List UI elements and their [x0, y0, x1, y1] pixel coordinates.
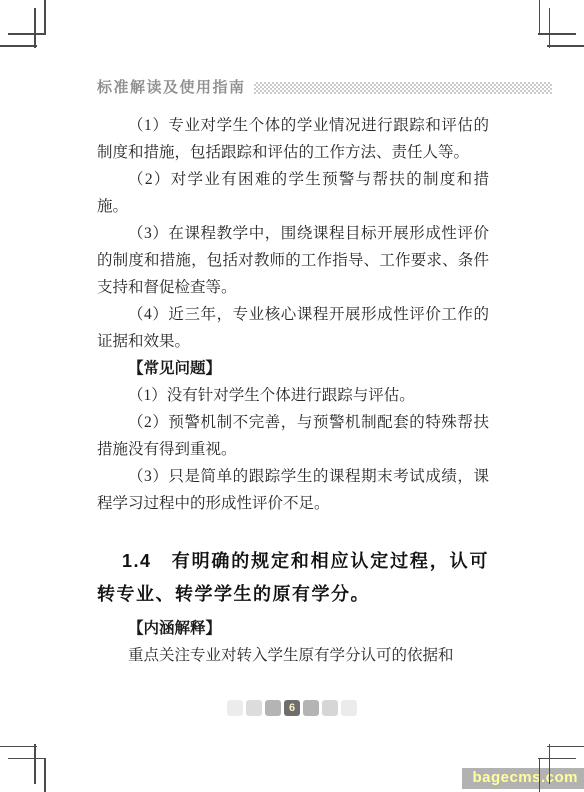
crop-mark — [44, 758, 46, 792]
crop-mark — [538, 758, 576, 760]
crop-mark — [44, 0, 46, 34]
crop-mark — [0, 746, 37, 748]
pager-square — [265, 700, 281, 716]
pager-square — [322, 700, 338, 716]
crop-mark — [0, 45, 37, 47]
paragraph: 重点关注专业对转入学生原有学分认可的依据和 — [97, 642, 489, 669]
paragraph: （3）在课程教学中，围绕课程目标开展形成性评价的制度和措施，包括对教师的工作指导… — [97, 220, 489, 301]
crop-mark — [538, 33, 576, 35]
crop-mark — [34, 744, 36, 784]
pager-square — [227, 700, 243, 716]
watermark-link[interactable]: bagecms.com — [462, 768, 584, 789]
section-label-common-problems: 【常见问题】 — [97, 355, 489, 382]
book-page: 标准解读及使用指南 （1）专业对学生个体的学业情况进行跟踪和评估的制度和措施，包… — [0, 0, 584, 792]
page-indicator: 6 — [227, 700, 357, 716]
header-decoration-strip — [254, 82, 552, 94]
crop-mark — [547, 45, 584, 47]
section-label-connotation: 【内涵解释】 — [97, 615, 489, 642]
crop-mark — [34, 8, 36, 48]
paragraph: （3）只是简单的跟踪学生的课程期末考试成绩，课程学习过程中的形成性评价不足。 — [97, 463, 489, 517]
crop-mark — [8, 758, 46, 760]
header-title: 标准解读及使用指南 — [97, 79, 246, 96]
paragraph: （1）专业对学生个体的学业情况进行跟踪和评估的制度和措施，包括跟踪和评估的工作方… — [97, 112, 489, 166]
crop-mark — [8, 33, 46, 35]
pager-current-page: 6 — [284, 700, 300, 716]
crop-mark — [547, 746, 584, 748]
section-heading-1-4: 1.4 有明确的规定和相应认定过程，认可转专业、转学学生的原有学分。 — [97, 545, 489, 611]
pager-square — [341, 700, 357, 716]
crop-mark — [549, 744, 551, 784]
crop-mark — [539, 0, 541, 34]
page-header: 标准解读及使用指南 — [97, 79, 552, 96]
paragraph: （2）对学业有困难的学生预警与帮扶的制度和措施。 — [97, 166, 489, 220]
paragraph: （4）近三年，专业核心课程开展形成性评价工作的证据和效果。 — [97, 301, 489, 355]
pager-square — [303, 700, 319, 716]
paragraph: （2）预警机制不完善，与预警机制配套的特殊帮扶措施没有得到重视。 — [97, 409, 489, 463]
pager-square — [246, 700, 262, 716]
page-content: （1）专业对学生个体的学业情况进行跟踪和评估的制度和措施，包括跟踪和评估的工作方… — [97, 112, 489, 669]
crop-mark — [549, 8, 551, 48]
paragraph: （1）没有针对学生个体进行跟踪与评估。 — [97, 382, 489, 409]
crop-mark — [539, 758, 541, 792]
